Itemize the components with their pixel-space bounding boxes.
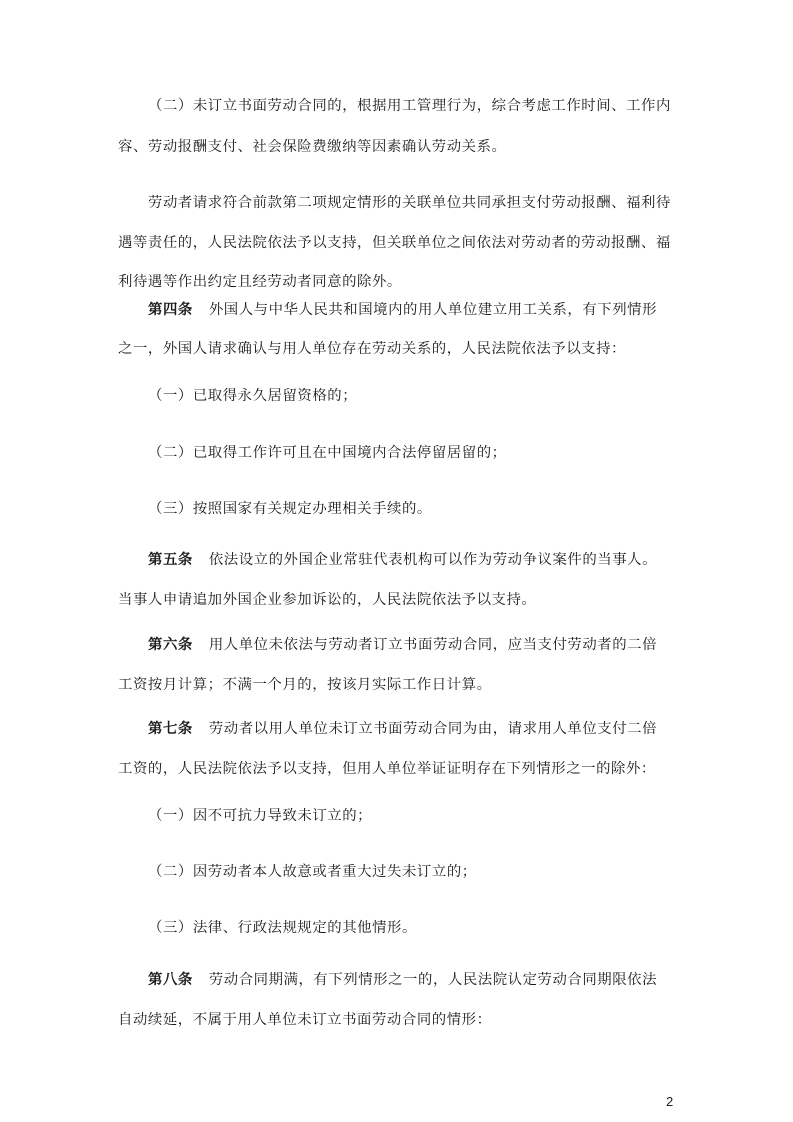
paragraph-line: 利待遇等作出约定且经劳动者同意的除外。: [118, 272, 678, 292]
list-item: （二）已取得工作许可且在中国境内合法停留居留的；: [148, 443, 708, 463]
document-page: （二）未订立书面劳动合同的，根据用工管理行为，综合考虑工作时间、工作内 容、劳动…: [0, 0, 793, 1122]
article-line: 工资按月计算；不满一个月的，按该月实际工作日计算。: [118, 675, 678, 695]
article-heading: 第七条: [148, 720, 193, 737]
article-7: 第七条劳动者以用人单位未订立书面劳动合同为由，请求用人单位支付二倍: [148, 719, 708, 739]
list-item: （一）因不可抗力导致未订立的；: [148, 806, 708, 826]
article-line: 自动续延，不属于用人单位未订立书面劳动合同的情形：: [118, 1010, 678, 1030]
article-text: 用人单位未依法与劳动者订立书面劳动合同，应当支付劳动者的二倍: [209, 637, 657, 653]
article-heading: 第八条: [148, 971, 193, 988]
article-text: 劳动者以用人单位未订立书面劳动合同为由，请求用人单位支付二倍: [209, 721, 657, 737]
article-text: 依法设立的外国企业常驻代表机构可以作为劳动争议案件的当事人。: [209, 552, 657, 568]
page-number: 2: [666, 1094, 673, 1109]
paragraph-line: 遇等责任的，人民法院依法予以支持，但关联单位之间依法对劳动者的劳动报酬、福: [118, 233, 678, 253]
article-4: 第四条外国人与中华人民共和国境内的用人单位建立用工关系，有下列情形: [148, 300, 708, 320]
item-line: （二）未订立书面劳动合同的，根据用工管理行为，综合考虑工作时间、工作内: [148, 96, 708, 116]
article-6: 第六条用人单位未依法与劳动者订立书面劳动合同，应当支付劳动者的二倍: [148, 635, 708, 655]
list-item: （三）按照国家有关规定办理相关手续的。: [148, 499, 708, 519]
article-heading: 第六条: [148, 636, 193, 653]
article-line: 工资的，人民法院依法予以支持，但用人单位举证证明存在下列情形之一的除外：: [118, 759, 678, 779]
paragraph-line: 劳动者请求符合前款第二项规定情形的关联单位共同承担支付劳动报酬、福利待: [148, 193, 708, 213]
article-text: 外国人与中华人民共和国境内的用人单位建立用工关系，有下列情形: [209, 302, 657, 318]
item-line: 容、劳动报酬支付、社会保险费缴纳等因素确认劳动关系。: [118, 137, 678, 157]
article-heading: 第四条: [148, 301, 193, 318]
article-line: 当事人申请追加外国企业参加诉讼的，人民法院依法予以支持。: [118, 590, 678, 610]
article-heading: 第五条: [148, 551, 193, 568]
article-line: 之一，外国人请求确认与用人单位存在劳动关系的，人民法院依法予以支持：: [118, 339, 678, 359]
list-item: （二）因劳动者本人故意或者重大过失未订立的；: [148, 862, 708, 882]
list-item: （一）已取得永久居留资格的；: [148, 386, 708, 406]
article-text: 劳动合同期满，有下列情形之一的，人民法院认定劳动合同期限依法: [209, 972, 657, 988]
article-5: 第五条依法设立的外国企业常驻代表机构可以作为劳动争议案件的当事人。: [148, 550, 708, 570]
list-item: （三）法律、行政法规规定的其他情形。: [148, 918, 708, 938]
article-8: 第八条劳动合同期满，有下列情形之一的，人民法院认定劳动合同期限依法: [148, 970, 708, 990]
